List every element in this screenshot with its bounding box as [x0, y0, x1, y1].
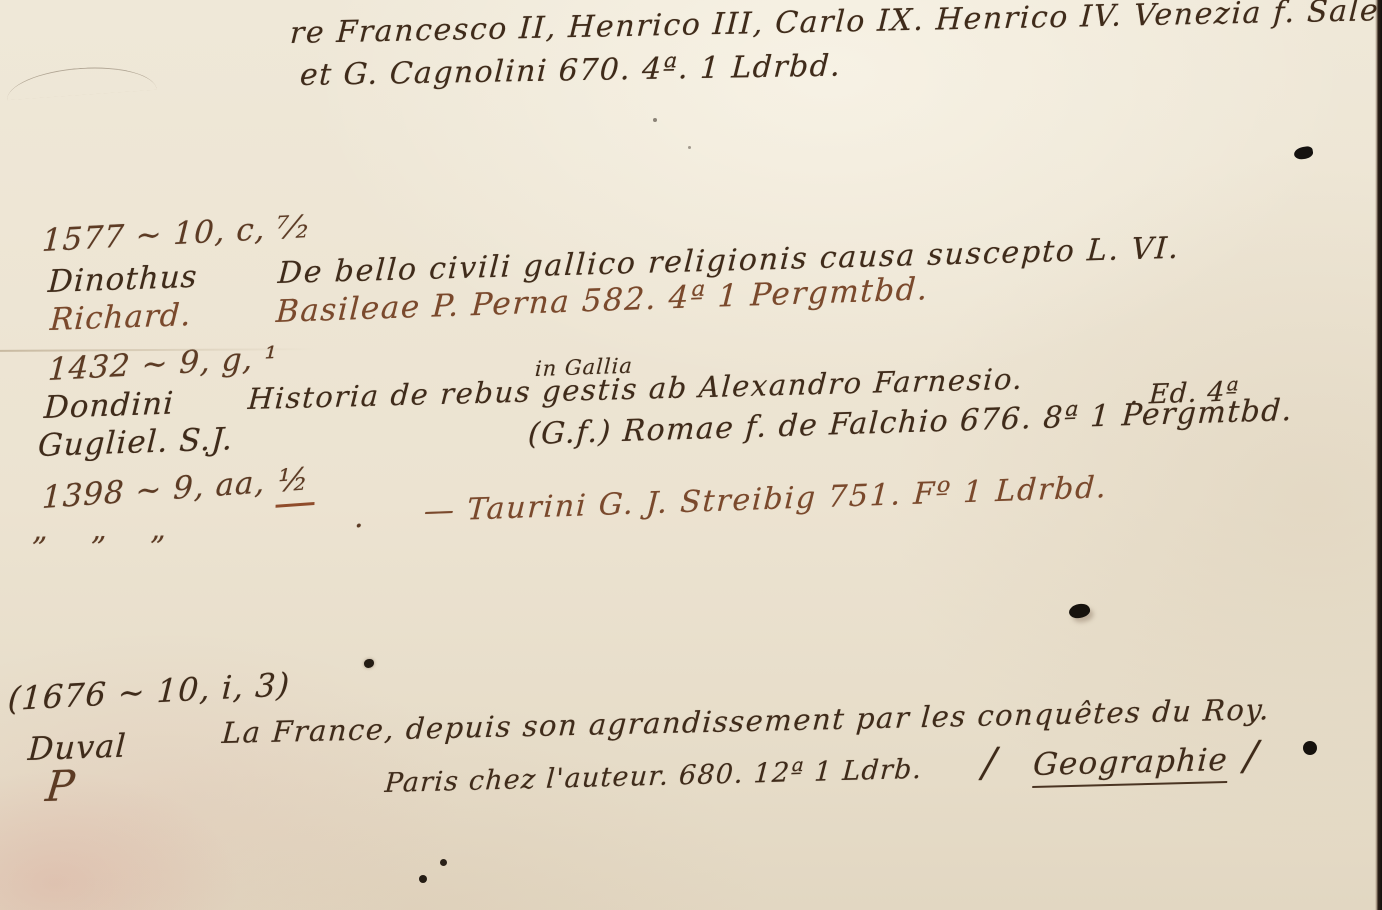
separator-slash: /	[1243, 733, 1261, 779]
header-line-1: re Francesco II, Henrico III, Carlo IX. …	[289, 0, 1382, 51]
author-name: Richard.	[49, 297, 192, 338]
paper-speck	[653, 118, 657, 122]
ditto-marks: „ „ „	[32, 512, 167, 548]
separator-slash: /	[981, 740, 999, 786]
pencil-mark	[5, 63, 157, 100]
imprint-text: — Taurini G. J. Streibig 751. Fº 1 Ldrbd…	[423, 470, 1108, 529]
author-name: Dinothus	[47, 259, 199, 300]
author-name: Gugliel. S.J.	[37, 421, 234, 464]
imprint-text: Paris chez l'auteur. 680. 12ª 1 Ldrb.	[384, 754, 924, 799]
header-line-2: et G. Cagnolini 670. 4ª. 1 Ldrbd.	[299, 49, 842, 93]
paper-speck	[440, 859, 447, 866]
shelfmark-fraction: ½	[275, 461, 315, 508]
shelfmark: 1577 ~ 10, c, ⁷⁄₂	[41, 209, 310, 259]
author-name: Dondini	[43, 385, 175, 426]
paper-speck	[688, 146, 691, 149]
shelfmark: 1432 ~ 9, g, ¹	[47, 340, 279, 388]
ink-blot	[1293, 145, 1314, 160]
separator-dot: .	[354, 500, 365, 535]
photo-edge	[1375, 0, 1382, 910]
ink-blot	[1303, 741, 1317, 755]
manuscript-page: re Francesco II, Henrico III, Carlo IX. …	[0, 0, 1382, 910]
paper-speck	[419, 875, 427, 883]
pen-flourish: P	[43, 761, 77, 811]
shelfmark-text: 1398 ~ 9, aa,	[41, 464, 266, 516]
ink-blot	[1067, 601, 1091, 621]
subject-label: Geographie	[1032, 742, 1229, 788]
shelfmark: 1398 ~ 9, aa, ½	[41, 461, 315, 516]
paper-speck	[364, 659, 374, 668]
imprint-row: Paris chez l'auteur. 680. 12ª 1 Ldrb./Ge…	[384, 733, 1261, 802]
shelfmark: (1676 ~ 10, i, 3)	[7, 665, 291, 718]
